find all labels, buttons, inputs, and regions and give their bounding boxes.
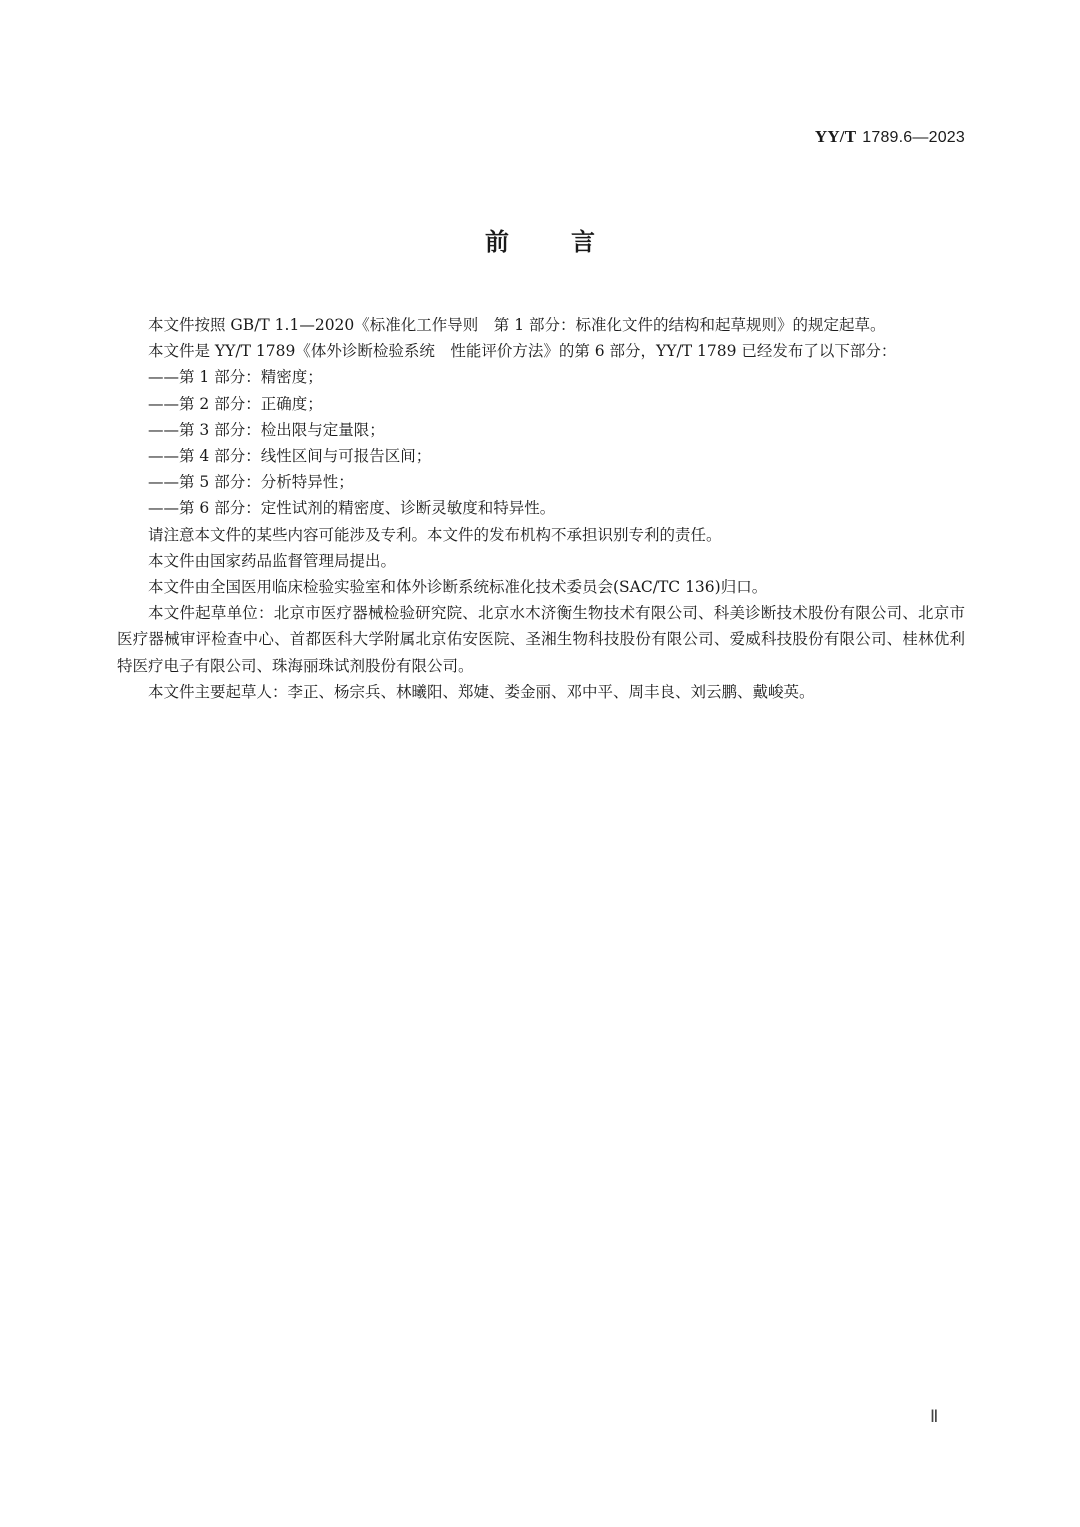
paragraph-drafters: 本文件主要起草人：李正、杨宗兵、林曦阳、郑婕、娄金丽、邓中平、周丰良、刘云鹏、戴…: [117, 679, 965, 705]
list-item-part-1: ——第 1 部分：精密度；: [117, 364, 965, 390]
paragraph-patent-notice: 请注意本文件的某些内容可能涉及专利。本文件的发布机构不承担识别专利的责任。: [117, 522, 965, 548]
page-number: Ⅱ: [930, 1407, 938, 1427]
page-title: 前言: [0, 222, 1080, 257]
paragraph-drafting-units: 本文件起草单位：北京市医疗器械检验研究院、北京水木济衡生物技术有限公司、科美诊断…: [117, 600, 965, 679]
foreword-body: 本文件按照 GB/T 1.1—2020《标准化工作导则 第 1 部分：标准化文件…: [117, 312, 965, 705]
paragraph-drafting-rules: 本文件按照 GB/T 1.1—2020《标准化工作导则 第 1 部分：标准化文件…: [117, 312, 965, 338]
list-item-part-3: ——第 3 部分：检出限与定量限；: [117, 417, 965, 443]
list-item-part-6: ——第 6 部分：定性试剂的精密度、诊断灵敏度和特异性。: [117, 495, 965, 521]
standard-number: 1789.6—2023: [862, 129, 965, 146]
paragraph-committee: 本文件由全国医用临床检验实验室和体外诊断系统标准化技术委员会(SAC/TC 13…: [117, 574, 965, 600]
paragraph-proposer: 本文件由国家药品监督管理局提出。: [117, 548, 965, 574]
standard-prefix: YY/T: [815, 127, 856, 146]
list-item-part-5: ——第 5 部分：分析特异性；: [117, 469, 965, 495]
paragraph-series-intro: 本文件是 YY/T 1789《体外诊断检验系统 性能评价方法》的第 6 部分，Y…: [117, 338, 965, 364]
list-item-part-2: ——第 2 部分：正确度；: [117, 391, 965, 417]
list-item-part-4: ——第 4 部分：线性区间与可报告区间；: [117, 443, 965, 469]
standard-code: YY/T1789.6—2023: [815, 127, 965, 147]
